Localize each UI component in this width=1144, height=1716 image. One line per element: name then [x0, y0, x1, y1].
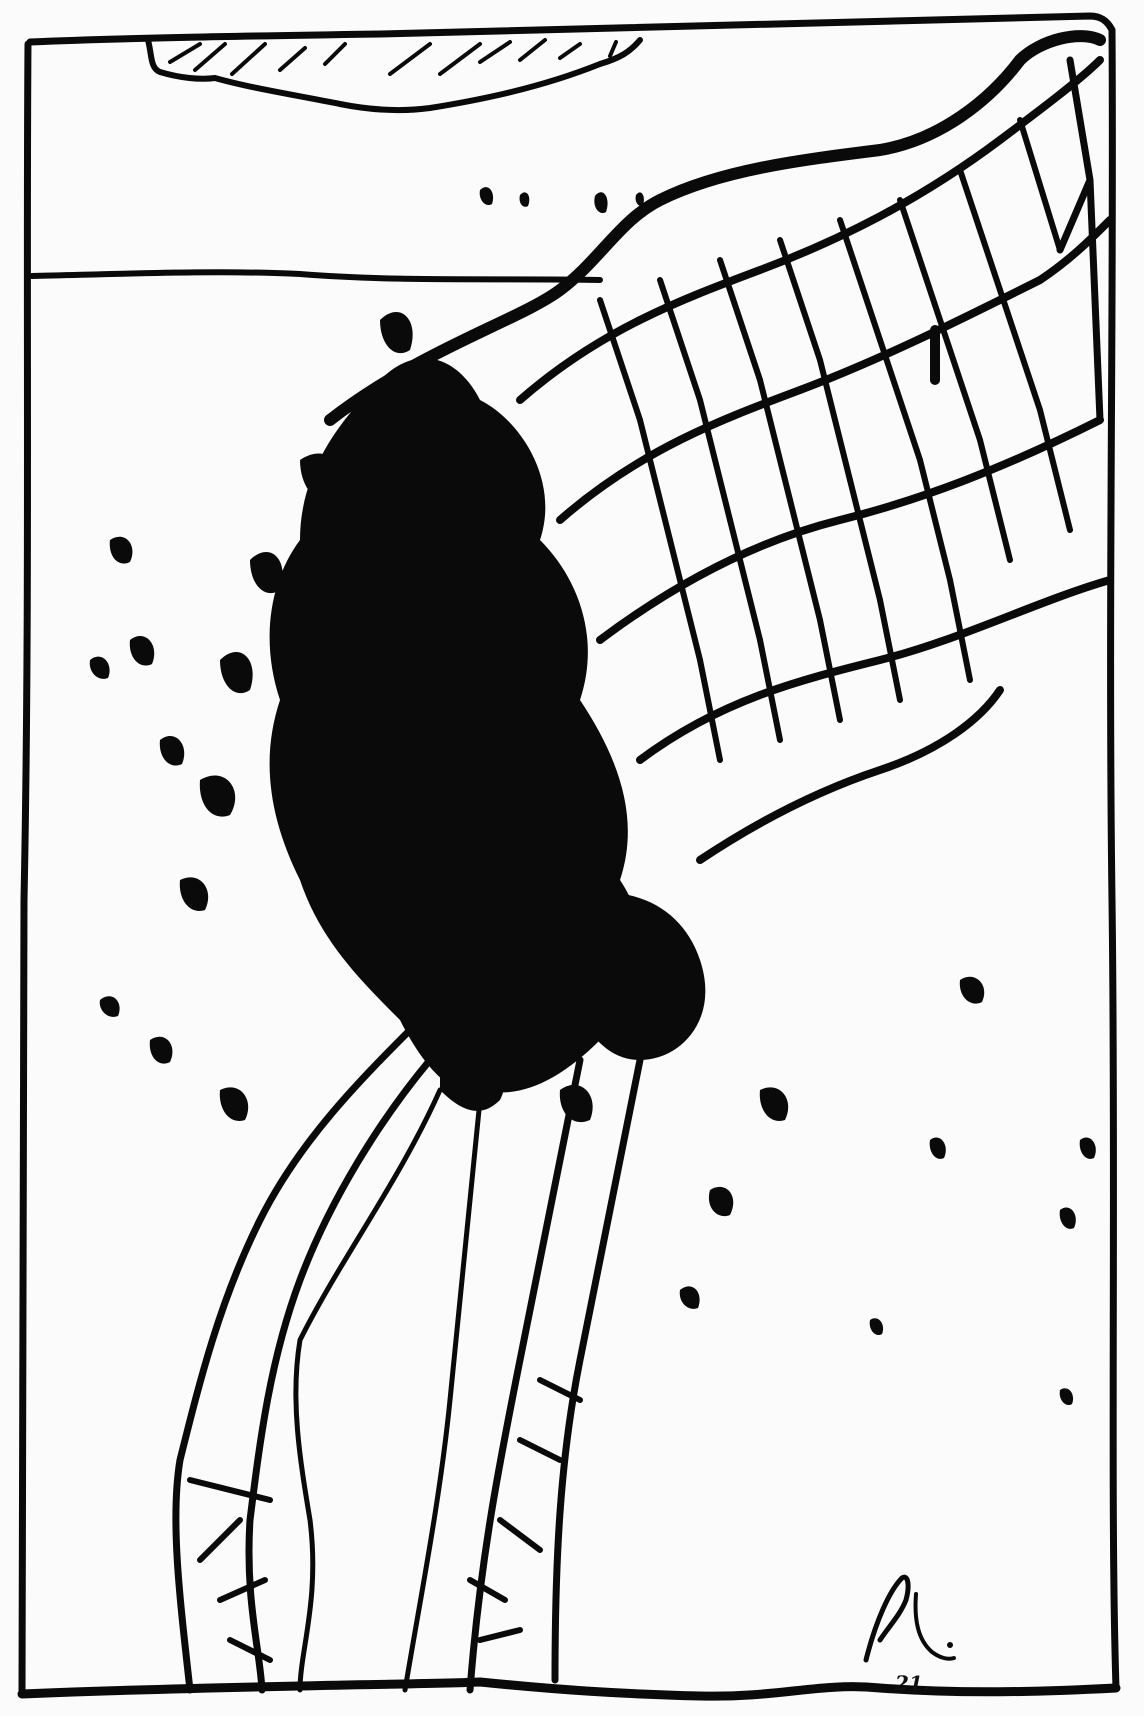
- top-band: [148, 40, 640, 110]
- signature-date: 21.: [894, 1671, 930, 1695]
- horizon-line: [32, 272, 600, 280]
- artist-signature: 21.: [866, 1577, 954, 1695]
- root-strokes: [176, 1020, 640, 1690]
- ink-artwork: 21.: [0, 0, 1144, 1716]
- ink-splatter: [90, 187, 1096, 1405]
